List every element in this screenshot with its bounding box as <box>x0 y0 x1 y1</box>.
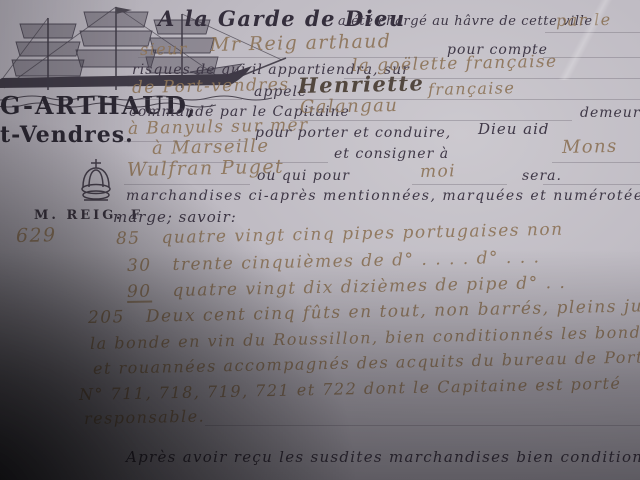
cargo-text: quatre vingt dix dizièmes de pipe d° . . <box>172 273 566 301</box>
form-rule-line <box>205 425 640 426</box>
cargo-text: et rouannées accompagnés des acquits du … <box>93 347 640 378</box>
form-rule-line <box>290 99 640 100</box>
document-photo: G-ARTHAUD, t-Vendres. M. REIG. F 629 A l… <box>0 0 640 480</box>
form-rule-line <box>552 162 640 163</box>
form-rule-line <box>545 32 640 33</box>
form-rule-line <box>543 57 640 58</box>
cargo-quantity: 90 <box>127 283 152 303</box>
hand-sieur: sieur <box>140 41 188 58</box>
cargo-line: N° 711, 718, 719, 721 et 722 dont le Cap… <box>79 376 622 403</box>
margin-number: 629 <box>16 226 57 246</box>
cargo-line: 205 Deux cent cinq fûts en tout, non bar… <box>88 298 640 327</box>
clause-marchandises: marchandises ci-après mentionnées, marqu… <box>126 189 640 203</box>
clause-sera: sera. <box>522 169 562 183</box>
form-rule-line <box>124 141 246 142</box>
cargo-line: 30 trente cinquièmes de d° . . . . d° . … <box>127 249 541 275</box>
vessel-name: Henriette <box>298 72 425 96</box>
form-rule-line <box>543 184 640 185</box>
cargo-line: et rouannées accompagnés des acquits du … <box>93 349 640 377</box>
clause-marge-savoir: marge; savoir: <box>113 210 237 225</box>
form-rule-line <box>130 99 242 100</box>
cargo-text: trente cinquièmes de d° . . . . d° . . . <box>172 247 540 275</box>
form-rule-line <box>143 162 328 163</box>
form-rule-line <box>138 57 438 58</box>
cargo-text: N° 711, 718, 719, 721 et 722 dont le Cap… <box>79 374 622 404</box>
form-rule-line <box>290 120 572 121</box>
clause-receipt: Après avoir reçu les susdites marchandis… <box>126 450 640 465</box>
firm-port: t-Vendres. <box>0 124 134 146</box>
cargo-text: responsable. <box>84 406 206 428</box>
cargo-quantity: 85 <box>116 230 141 248</box>
consignee-title: Mons <box>562 138 618 157</box>
cargo-quantity: 205 <box>88 309 125 327</box>
clause-dieu-aidant: Dieu aid <box>478 122 549 137</box>
hand-par-le: par le <box>556 12 612 29</box>
form-rule-line <box>412 184 507 185</box>
clause-porter: pour porter et conduire, <box>255 126 451 140</box>
clause-consigner: et consigner à <box>334 147 449 161</box>
vessel-flag: française <box>428 80 516 98</box>
form-rule-line <box>344 78 640 79</box>
clause-demeurant: demeur <box>580 106 640 120</box>
crown-mark-icon <box>74 157 118 209</box>
cargo-line: la bonde en vin du Roussillon, bien cond… <box>90 324 640 352</box>
hand-moi: moi <box>420 163 456 181</box>
clause-loading: a été chargé au hâvre de cette ville <box>338 15 593 28</box>
shipper-name: Mr Reig arthaud <box>210 32 392 55</box>
form-rule-line <box>124 184 250 185</box>
cargo-quantity: 30 <box>127 257 152 275</box>
clause-ou-qui-pour: ou qui pour <box>257 169 350 183</box>
cargo-line: responsable. <box>84 408 205 427</box>
